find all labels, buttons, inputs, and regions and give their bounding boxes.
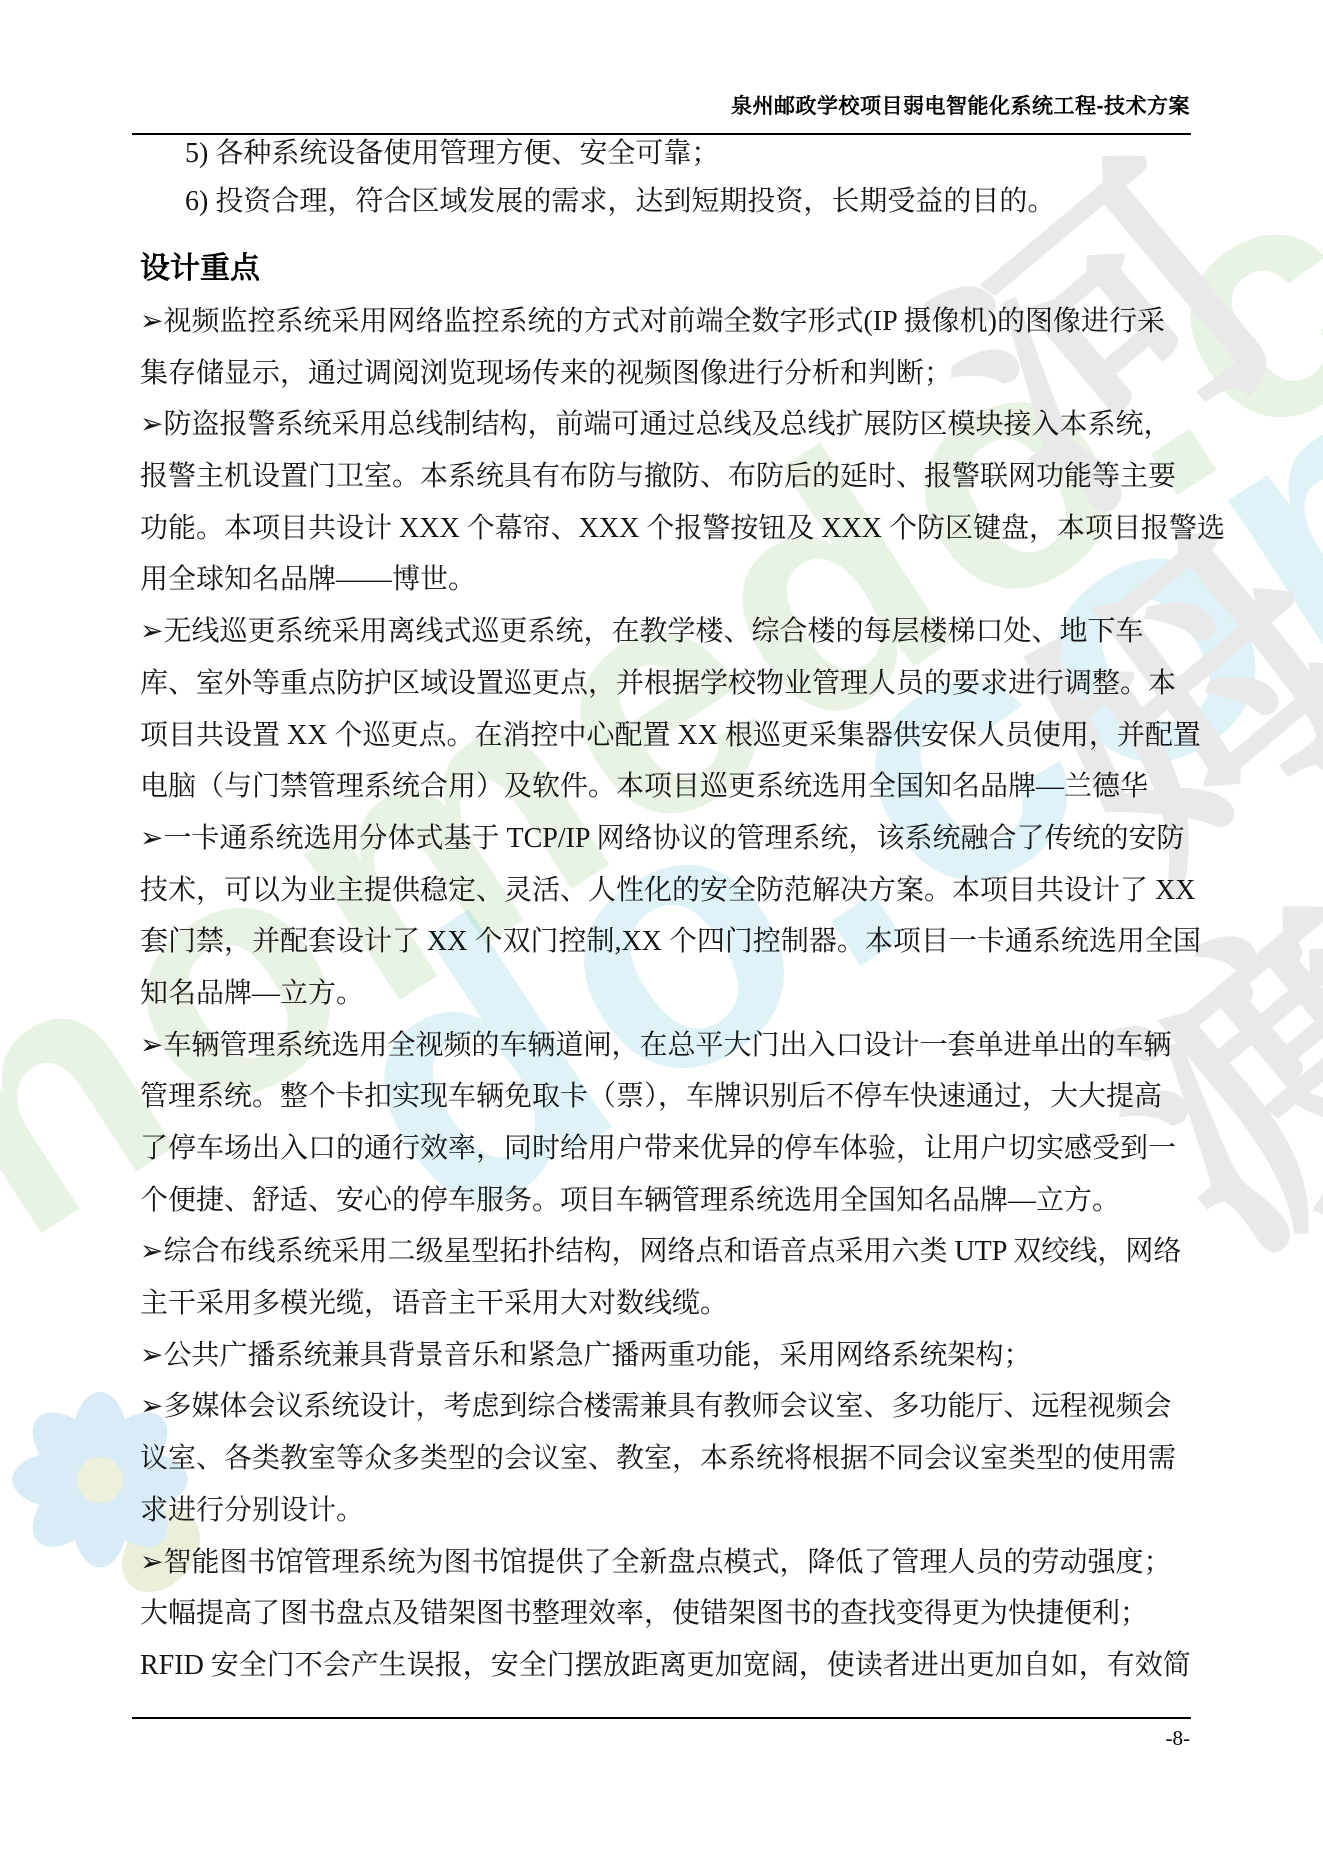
section-heading: 设计重点 [140,226,1196,296]
body-line: ➢无线巡更系统采用离线式巡更系统，在教学楼、综合楼的每层楼梯口处、地下车 [140,606,1196,658]
body-line: ➢防盗报警系统采用总线制结构，前端可通过总线及总线扩展防区模块接入本系统， [140,399,1196,451]
body-line: 电脑（与门禁管理系统合用）及软件。本项目巡更系统选用全国知名品牌—兰德华 [140,761,1196,813]
body-line: ➢公共广播系统兼具背景音乐和紧急广播两重功能，采用网络系统架构； [140,1330,1196,1382]
numbered-item-6: 6) 投资合理，符合区域发展的需求，达到短期投资，长期受益的目的。 [140,178,1196,226]
footer-rule [132,1717,1191,1719]
body-line: ➢一卡通系统选用分体式基于 TCP/IP 网络协议的管理系统，该系统融合了传统的… [140,813,1196,865]
body-line: 大幅提高了图书盘点及错架图书整理效率，使错架图书的查找变得更为快捷便利； [140,1588,1196,1640]
body-line: ➢智能图书馆管理系统为图书馆提供了全新盘点模式，降低了管理人员的劳动强度； [140,1537,1196,1589]
body-line: 知名品牌—立方。 [140,968,1196,1020]
body-line: 议室、各类教室等众多类型的会议室、教室，本系统将根据不同会议室类型的使用需 [140,1433,1196,1485]
numbered-item-5: 5) 各种系统设备使用管理方便、安全可靠； [140,130,1196,178]
document-page: homedo.com do.com 河 姆 渡 泉州邮政学校项目弱电智能化系统工… [0,0,1323,1872]
body-line: 用全球知名品牌——博世。 [140,554,1196,606]
body-line: ➢车辆管理系统选用全视频的车辆道闸，在总平大门出入口设计一套单进单出的车辆 [140,1020,1196,1072]
body-line: 报警主机设置门卫室。本系统具有布防与撤防、布防后的延时、报警联网功能等主要 [140,451,1196,503]
body-line: 管理系统。整个卡扣实现车辆免取卡（票），车牌识别后不停车快速通过，大大提高 [140,1071,1196,1123]
document-body: 5) 各种系统设备使用管理方便、安全可靠； 6) 投资合理，符合区域发展的需求，… [140,130,1196,1692]
flower-petal [18,1461,118,1561]
body-line: ➢视频监控系统采用网络监控系统的方式对前端全数字形式(IP 摄像机)的图像进行采 [140,296,1196,348]
flower-petal [18,1398,118,1498]
header-title: 泉州邮政学校项目弱电智能化系统工程-技术方案 [731,90,1190,120]
body-line: 项目共设置 XX 个巡更点。在消控中心配置 XX 根巡更采集器供安保人员使用，并… [140,710,1196,762]
body-line: 集存储显示，通过调阅浏览现场传来的视频图像进行分析和判断； [140,348,1196,400]
body-line: 个便捷、舒适、安心的停车服务。项目车辆管理系统选用全国知名品牌—立方。 [140,1175,1196,1227]
body-line: 库、室外等重点防护区域设置巡更点，并根据学校物业管理人员的要求进行调整。本 [140,658,1196,710]
flower-petal [12,1452,98,1508]
flower-petal [72,1392,128,1478]
flower-petal [72,1481,128,1567]
body-line: 求进行分别设计。 [140,1485,1196,1537]
page-number: -8- [1166,1726,1191,1751]
body-line: 主干采用多模光缆，语音主干采用大对数线缆。 [140,1278,1196,1330]
flower-center [77,1457,123,1503]
body-line: 套门禁，并配套设计了 XX 个双门控制,XX 个四门控制器。本项目一卡通系统选用… [140,916,1196,968]
body-line: 了停车场出入口的通行效率，同时给用户带来优异的停车体验，让用户切实感受到一 [140,1123,1196,1175]
body-line: 功能。本项目共设计 XXX 个幕帘、XXX 个报警按钮及 XXX 个防区键盘，本… [140,503,1196,555]
body-paragraphs: ➢视频监控系统采用网络监控系统的方式对前端全数字形式(IP 摄像机)的图像进行采… [140,296,1196,1692]
body-line: ➢多媒体会议系统设计，考虑到综合楼需兼具有教师会议室、多功能厅、远程视频会 [140,1381,1196,1433]
body-line: ➢综合布线系统采用二级星型拓扑结构，网络点和语音点采用六类 UTP 双绞线，网络 [140,1226,1196,1278]
body-line: RFID 安全门不会产生误报，安全门摆放距离更加宽阔，使读者进出更加自如，有效简 [140,1640,1196,1692]
body-line: 技术，可以为业主提供稳定、灵活、人性化的安全防范解决方案。本项目共设计了 XX [140,865,1196,917]
